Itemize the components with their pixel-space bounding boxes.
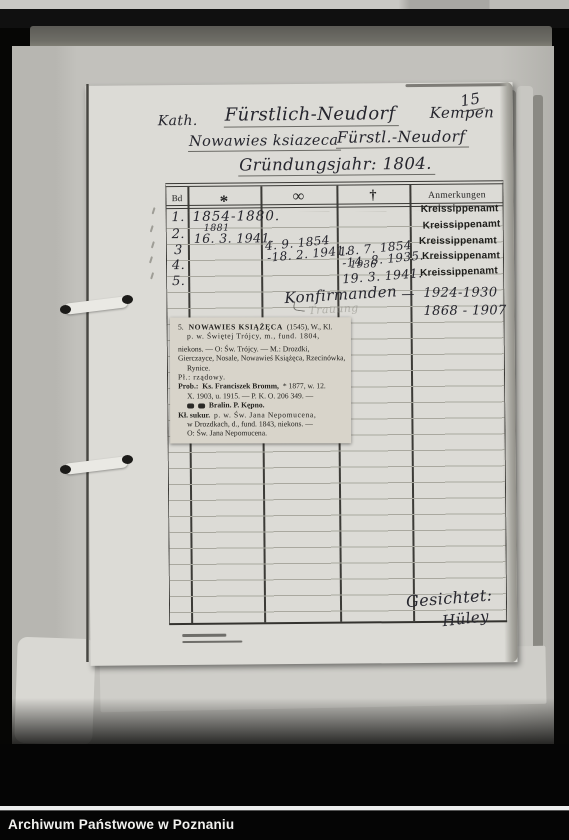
heading-gruendungsjahr: Gründungsjahr: 1804. <box>238 154 435 177</box>
photo-top-strip <box>0 0 569 9</box>
trauung-range: 1868 - 1907 <box>423 303 506 319</box>
kreissippenamt-stamp: Kreissippenamt <box>423 219 501 232</box>
lace-hole <box>60 305 71 314</box>
catalogue-slip: 5. NOWAWIES KSIĄŻĘCA (1545), W., Kl. p. … <box>170 317 351 443</box>
slip-sukur-label: Kł. sukur. <box>178 410 210 419</box>
konfirmanden-dash: — <box>401 287 415 302</box>
archival-photo: 15 Kath. Fürstlich-Neudorf Kempen Nowawi… <box>0 0 569 840</box>
page-stack-edge <box>533 95 543 669</box>
lace-strap <box>64 296 129 315</box>
arrow-icon <box>293 301 306 311</box>
konfirmanden-range: 1924-1930 <box>423 285 497 301</box>
heading-kempen: Kempen <box>430 103 495 122</box>
pencil-mark <box>150 272 154 279</box>
kreissippenamt-stamp: Kreissippenamt <box>421 203 499 215</box>
page-top-edge <box>405 83 509 87</box>
lace-hole <box>122 295 133 304</box>
heading-fuerstlich-neudorf: Fürstlich-Neudorf <box>224 103 399 128</box>
volume-number: 3 <box>170 243 187 258</box>
header-bd: Bd <box>166 187 187 209</box>
slip-prob-name: Ks. Franciszek Bromm, <box>202 382 279 391</box>
page-stack-edge <box>517 86 533 672</box>
railway-icon <box>187 403 194 408</box>
archive-caption: Archiwum Państwowe w Poznaniu <box>8 817 234 832</box>
lace-hole <box>60 465 71 474</box>
slip-line-10: Kł. sukur. p. w. Św. Jana Nepomucena, <box>178 410 346 420</box>
slip-line-6: Pł.: rządowy. <box>178 372 346 382</box>
slip-line-8: X. 1903, u. 1915. — P. K. O. 206 349. — <box>178 391 346 401</box>
printer-imprint <box>182 634 226 637</box>
lace-hole <box>122 455 133 464</box>
volume-number: 2. <box>170 227 187 242</box>
binding-lace <box>58 448 144 484</box>
slip-title: NOWAWIES KSIĄŻĘCA <box>189 322 283 331</box>
slip-line-2: p. w. Świętej Trójcy, m., fund. 1804, <box>178 332 346 342</box>
header-marriage-symbol: ∞ <box>260 186 336 209</box>
pencil-mark <box>152 207 156 214</box>
kreissippenamt-stamp: Kreissippenamt <box>422 250 500 262</box>
post-icon <box>198 403 205 408</box>
kreissippenamt-stamp: Kreissippenamt <box>419 235 497 247</box>
pencil-mark <box>151 241 155 248</box>
slip-prob-rest: * 1877, w. 12. <box>283 382 326 391</box>
slip-line-3: niekons. — O: Św. Trójcy. — M.: Drozdki, <box>178 344 346 354</box>
heading-nowawies: Nowawies ksiazeca <box>188 133 342 152</box>
slip-station-text: Bralin. P. Kępno. <box>209 401 265 410</box>
register-page: 15 Kath. Fürstlich-Neudorf Kempen Nowawi… <box>85 82 517 666</box>
binding-lace <box>58 288 144 324</box>
volume-number: 4. <box>170 258 187 273</box>
slip-index: 5. <box>178 322 184 331</box>
births-range: 16. 3. 1941. <box>194 230 274 246</box>
slip-line-7: Prob.: Ks. Franciszek Bromm, * 1877, w. … <box>178 382 346 392</box>
pencil-mark <box>150 225 154 232</box>
pencil-mark <box>149 256 153 263</box>
caption-divider-line <box>0 806 569 810</box>
slip-line-4: Gierczayce, Nosale, Nowawieś Książęca, R… <box>178 353 346 363</box>
lace-strap <box>64 456 129 475</box>
volume-number: 5. <box>170 274 187 289</box>
binding-crease <box>86 84 89 662</box>
slip-sukur-rest: p. w. Św. Jana Nepomucena, <box>214 410 316 419</box>
slip-line-9: Bralin. P. Kępno. <box>178 400 346 410</box>
slip-line-12: O: Św. Jana Nepomucena. <box>178 429 346 439</box>
printer-imprint <box>182 641 242 644</box>
heading-fuerstl-neudorf: Fürstl.-Neudorf <box>336 128 469 149</box>
heading-kath: Kath. <box>158 113 198 129</box>
header-death-symbol: † <box>336 185 409 208</box>
slip-line-5: Rynice. <box>178 363 346 373</box>
photo-bottom-shadow <box>0 698 569 750</box>
slip-prob-label: Prob.: <box>178 382 198 391</box>
signature: Hüley <box>441 607 490 630</box>
slip-title-rest: (1545), W., Kl. <box>287 322 333 331</box>
volume-number: 1. <box>170 210 187 225</box>
